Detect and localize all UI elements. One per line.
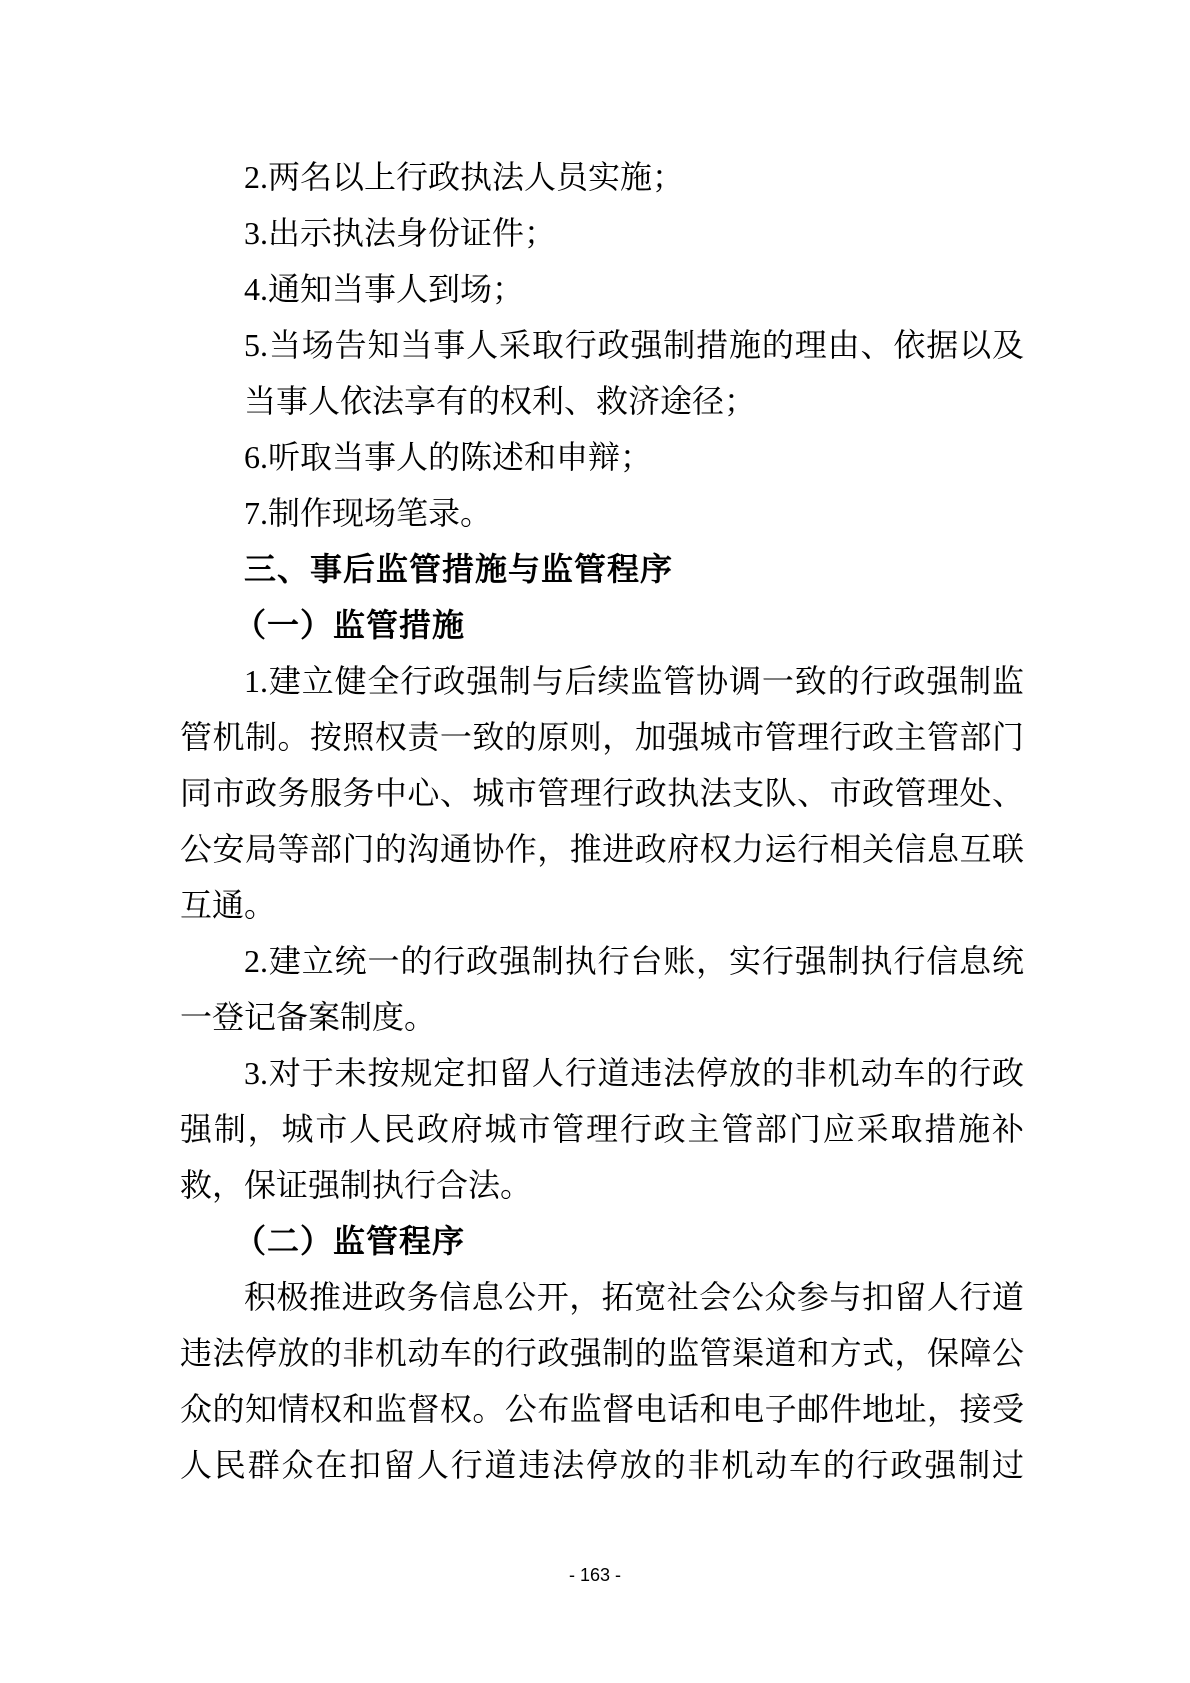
document-page: 2.两名以上行政执法人员实施；3.出示执法身份证件；4.通知当事人到场；5.当场…	[0, 0, 1190, 1683]
text-line: 同市政务服务中心、城市管理行政执法支队、市政管理处、	[180, 765, 1024, 821]
text-line: 2.建立统一的行政强制执行台账，实行强制执行信息统	[180, 933, 1024, 989]
document-lines: 2.两名以上行政执法人员实施；3.出示执法身份证件；4.通知当事人到场；5.当场…	[180, 149, 1024, 1493]
text-line: 管机制。按照权责一致的原则，加强城市管理行政主管部门	[180, 709, 1024, 765]
text-line: 救，保证强制执行合法。	[180, 1157, 1024, 1213]
text-line: 2.两名以上行政执法人员实施；	[180, 149, 1024, 205]
text-line: 一登记备案制度。	[180, 989, 1024, 1045]
text-line: 众的知情权和监督权。公布监督电话和电子邮件地址，接受	[180, 1381, 1024, 1437]
text-line: 强制，城市人民政府城市管理行政主管部门应采取措施补	[180, 1101, 1024, 1157]
section-heading: （二）监管程序	[180, 1213, 1024, 1269]
text-line: 公安局等部门的沟通协作，推进政府权力运行相关信息互联	[180, 821, 1024, 877]
text-line: 当事人依法享有的权利、救济途径；	[180, 373, 1024, 429]
text-line: 4.通知当事人到场；	[180, 261, 1024, 317]
text-line: 违法停放的非机动车的行政强制的监管渠道和方式，保障公	[180, 1325, 1024, 1381]
page-number: - 163 -	[0, 1561, 1190, 1589]
text-line: 积极推进政务信息公开，拓宽社会公众参与扣留人行道	[180, 1269, 1024, 1325]
text-line: 7.制作现场笔录。	[180, 485, 1024, 541]
text-line: 3.出示执法身份证件；	[180, 205, 1024, 261]
text-line: 6.听取当事人的陈述和申辩；	[180, 429, 1024, 485]
text-line: 人民群众在扣留人行道违法停放的非机动车的行政强制过	[180, 1437, 1024, 1493]
text-line: 3.对于未按规定扣留人行道违法停放的非机动车的行政	[180, 1045, 1024, 1101]
text-line: 5.当场告知当事人采取行政强制措施的理由、依据以及	[180, 317, 1024, 373]
text-line: 互通。	[180, 877, 1024, 933]
text-line: 1.建立健全行政强制与后续监管协调一致的行政强制监	[180, 653, 1024, 709]
section-heading: 三、事后监管措施与监管程序	[180, 541, 1024, 597]
section-heading: （一）监管措施	[180, 597, 1024, 653]
